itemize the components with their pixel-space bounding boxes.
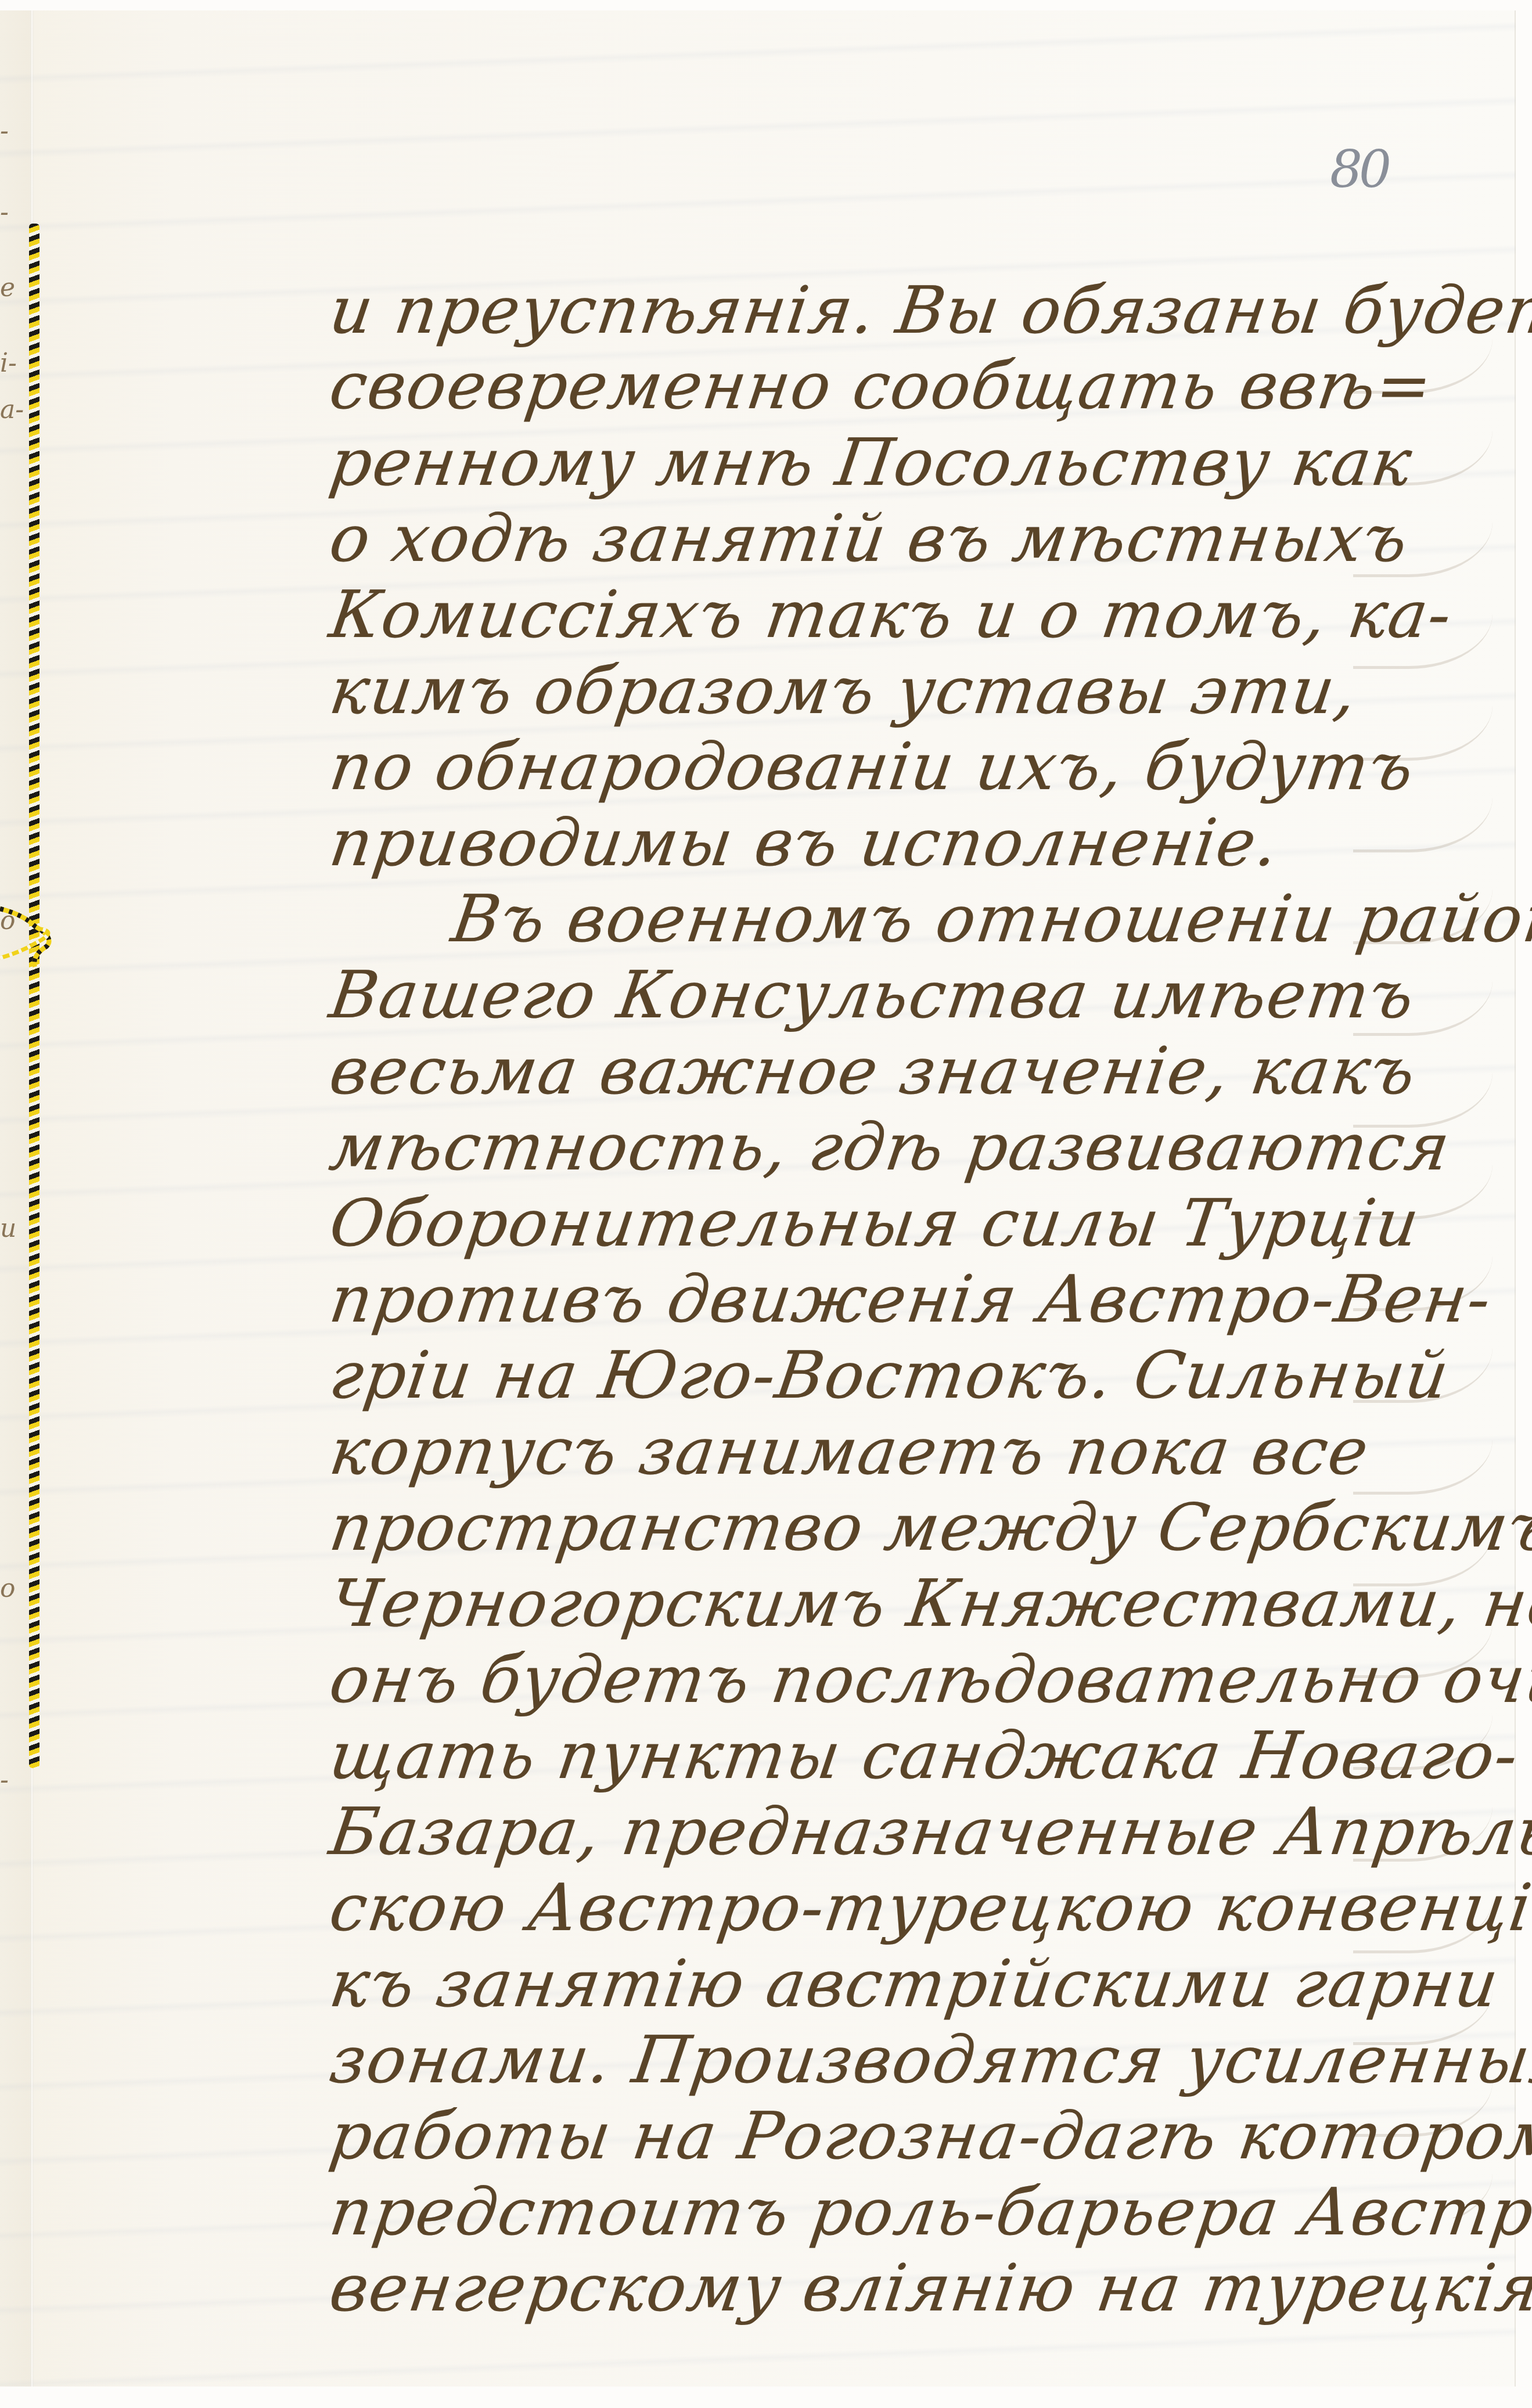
text-line: Базара, предназначенные Апрѣль- bbox=[325, 1794, 1532, 1870]
text-line: корпусъ занимаетъ пока все bbox=[325, 1414, 1374, 1489]
left-fragment: - bbox=[0, 116, 9, 146]
text-line: о ходѣ занятій въ мѣстныхъ bbox=[325, 501, 1414, 577]
text-line: кимъ образомъ уставы эти, bbox=[325, 653, 1362, 729]
left-fragment: i- bbox=[0, 348, 17, 378]
text-line: по обнародованіи ихъ, будутъ bbox=[325, 729, 1419, 805]
text-line: противъ движенія Австро-Вен- bbox=[325, 1262, 1497, 1337]
text-line: и преуспѣянія. Вы обязаны будете bbox=[325, 273, 1532, 348]
text-line: щать пункты санджака Новаго- bbox=[325, 1718, 1523, 1794]
left-fragment: о bbox=[0, 1574, 16, 1603]
text-line: венгерскому вліянію на турецкія bbox=[325, 2251, 1532, 2326]
text-line: своевременно сообщать ввѣ= bbox=[325, 348, 1437, 424]
text-line: зонами. Производятся усиленныя bbox=[325, 2022, 1532, 2098]
text-line: приводимы въ исполненіе. bbox=[325, 805, 1283, 881]
text-line: работы на Рогозна-дагѣ которому bbox=[325, 2099, 1532, 2174]
text-line: Оборонительныя силы Турціи bbox=[325, 1186, 1425, 1261]
text-line: ренному мнѣ Посольству как bbox=[325, 425, 1417, 501]
text-line: весьма важное значеніе, какъ bbox=[325, 1034, 1421, 1109]
cord-knot-icon bbox=[0, 903, 70, 973]
left-fragment: - bbox=[0, 197, 9, 227]
text-line: предстоитъ роль-барьера Австро- bbox=[325, 2175, 1532, 2250]
left-fragment: e bbox=[0, 273, 15, 303]
text-line: къ занятію австрійскими гарни bbox=[325, 1946, 1504, 2022]
text-line: скою Австро-турецкою конвенціею bbox=[325, 1870, 1532, 1946]
text-line: Комиссіяхъ такъ и о томъ, ка- bbox=[325, 577, 1457, 653]
left-fragment: a- bbox=[0, 395, 24, 424]
text-line: Вашего Консульства имѣетъ bbox=[325, 958, 1420, 1033]
text-line-paragraph-start: Въ военномъ отношеніи районъ bbox=[447, 881, 1532, 957]
folio-number: 80 bbox=[1330, 139, 1388, 199]
text-line: гріи на Юго-Востокъ. Сильный bbox=[325, 1338, 1454, 1413]
binding-cord bbox=[29, 224, 39, 1768]
left-fragment: - bbox=[0, 1765, 9, 1795]
text-line: Черногорскимъ Княжествами, но bbox=[325, 1566, 1532, 1642]
text-line: мѣстность, гдѣ развиваются bbox=[325, 1110, 1455, 1185]
text-line: онъ будетъ послѣдовательно очи- bbox=[325, 1642, 1532, 1718]
text-line: пространство между Сербскимъ и bbox=[325, 1490, 1532, 1565]
left-fragment: u bbox=[0, 1214, 16, 1243]
